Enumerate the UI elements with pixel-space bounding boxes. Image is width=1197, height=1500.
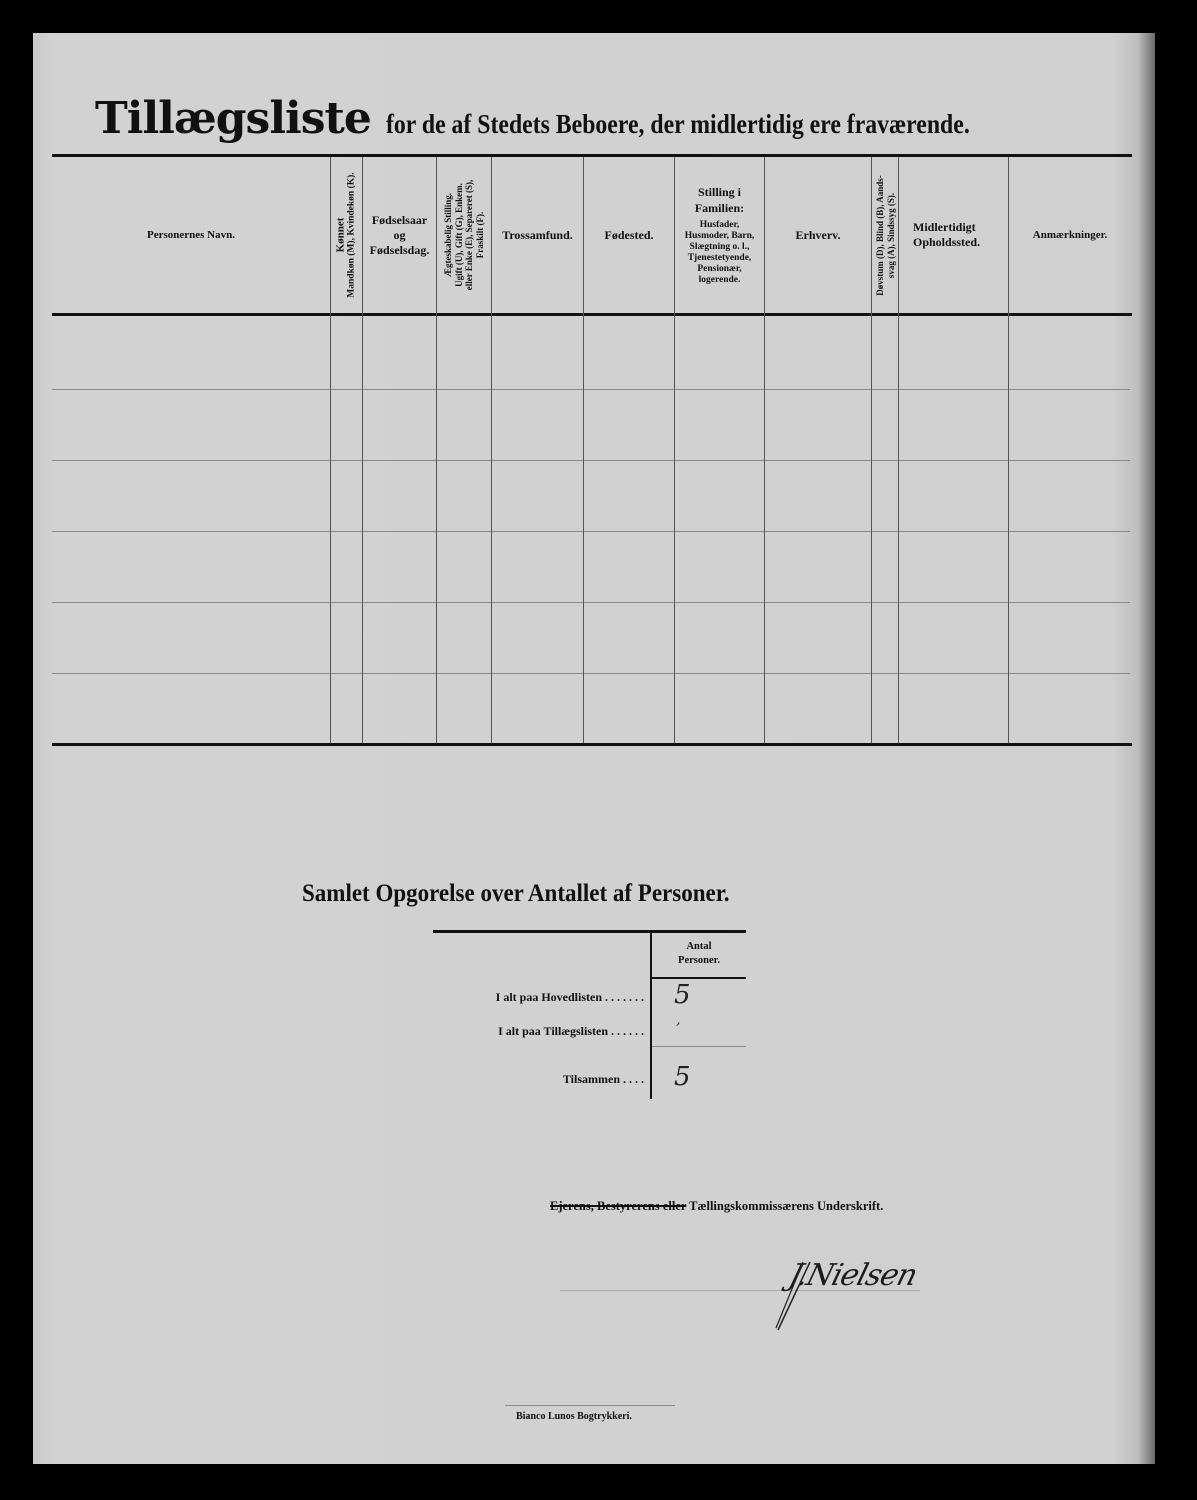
page-title: Tillægsliste for de af Stedets Beboere, … xyxy=(95,93,1049,144)
summary-total-rule xyxy=(652,1046,746,1047)
printer-imprint: Bianco Lunos Bogtrykkeri. xyxy=(516,1411,632,1422)
table-bottom-rule xyxy=(52,743,1132,746)
signature-caption-struck: Ejerens, Bestyrerens eller xyxy=(550,1199,686,1213)
summary-label-main-list: I alt paa Hovedlisten . . . . . . . xyxy=(496,990,644,1005)
title-subtitle: for de af Stedets Beboere, der midlertid… xyxy=(386,109,970,140)
header-family-position-sub: Husfader, Husmoder, Barn, Slægtning o. l… xyxy=(675,220,764,286)
summary-column-header-line2: Personer. xyxy=(652,954,746,968)
header-remarks-label: Anmærkninger. xyxy=(1033,228,1107,243)
header-birthplace: Fødested. xyxy=(584,157,674,313)
table-header-rule xyxy=(52,313,1132,316)
header-birth-label: Fødselsaar og Fødselsdag. xyxy=(370,213,430,258)
row-divider xyxy=(52,389,1130,390)
summary-value-total: 5 xyxy=(674,1062,691,1092)
header-occupation: Erhverv. xyxy=(765,157,871,313)
header-religion-label: Trossamfund. xyxy=(502,228,573,243)
header-names-label: Personernes Navn. xyxy=(147,228,235,243)
header-names: Personernes Navn. xyxy=(52,157,330,313)
title-subtitle-text: for de af Stedets Beboere, der midlertid… xyxy=(386,109,841,139)
summary-label-total: Tilsammen . . . . xyxy=(563,1072,644,1087)
row-divider xyxy=(52,531,1130,532)
summary-value-supplement-list: ‚ xyxy=(676,1012,680,1028)
summary-header-rule xyxy=(652,977,746,979)
summary-value-main-list: 5 xyxy=(674,980,691,1010)
signature-caption: Ejerens, Bestyrerens eller Tællingskommi… xyxy=(550,1199,883,1214)
header-birthplace-label: Fødested. xyxy=(605,228,654,243)
signature-caption-text: Tællingskommissærens Underskrift. xyxy=(689,1199,883,1213)
summary-top-rule xyxy=(433,930,746,933)
row-divider xyxy=(52,460,1130,461)
summary-column-header-line1: Antal xyxy=(652,940,746,954)
header-remarks: Anmærkninger. xyxy=(1009,157,1131,313)
signature-flourish-icon xyxy=(770,1260,820,1335)
header-temp-residence-label: Midlertidigt Opholdssted. xyxy=(913,220,994,250)
summary-column-header: Antal Personer. xyxy=(652,940,746,968)
summary-label-supplement-list: I alt paa Tillægslisten . . . . . . xyxy=(498,1024,644,1039)
row-divider xyxy=(52,602,1130,603)
header-temp-residence: Midlertidigt Opholdssted. xyxy=(899,157,1008,313)
header-marital: Ægteskabelig Stilling. Ugift (U), Gift (… xyxy=(437,157,491,313)
title-main: Tillægsliste xyxy=(95,93,371,144)
summary-title: Samlet Opgorelse over Antallet af Person… xyxy=(302,880,730,908)
header-family-position: Stilling i Familien: Husfader, Husmoder,… xyxy=(675,157,764,313)
header-occupation-label: Erhverv. xyxy=(796,228,841,243)
header-disability: Døvstum (D), Blind (B), Aands- svag (A),… xyxy=(872,157,898,313)
header-family-position-label: Stilling i Familien: xyxy=(675,184,764,216)
title-subtitle-bold: fraværende. xyxy=(847,109,970,139)
header-sex: Kønnet Mandkøn (M), Kvindekøn (K). xyxy=(331,157,362,313)
header-birth: Fødselsaar og Fødselsdag. xyxy=(363,157,436,313)
printer-rule xyxy=(505,1405,675,1406)
row-divider xyxy=(52,673,1130,674)
header-religion: Trossamfund. xyxy=(492,157,583,313)
